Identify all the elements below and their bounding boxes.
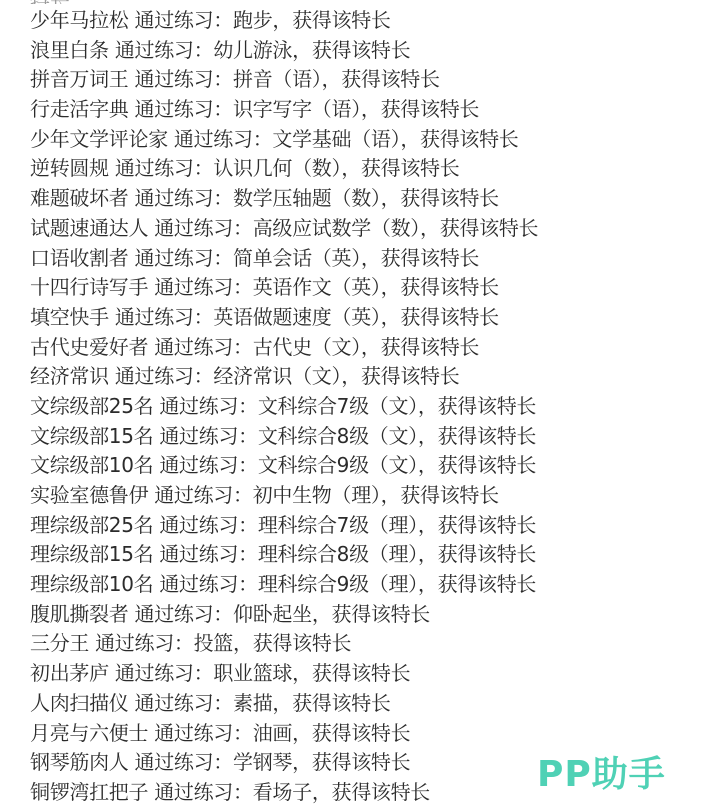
- list-item: 三分王通过练习：投篮，获得该特长: [30, 629, 538, 659]
- specialty-title: 人肉扫描仪: [30, 691, 129, 715]
- reward-suffix: ，获得该特长: [381, 275, 499, 299]
- practice-name: 理科综合7级（理）: [258, 513, 418, 537]
- reward-suffix: ，获得该特长: [272, 691, 390, 715]
- practice-name: 学钢琴: [233, 750, 292, 774]
- specialty-title: 填空快手: [30, 305, 109, 329]
- reward-suffix: ，获得该特长: [292, 38, 410, 62]
- list-item: 腹肌撕裂者通过练习：仰卧起坐，获得该特长: [30, 600, 538, 630]
- practice-prefix: 通过练习：: [154, 216, 253, 240]
- practice-name: 古代史（文）: [253, 335, 361, 359]
- specialty-list: 少年马拉松通过练习：跑步，获得该特长浪里白条通过练习：幼儿游泳，获得该特长拼音万…: [30, 6, 538, 808]
- reward-suffix: ，获得该特长: [312, 602, 430, 626]
- specialty-title: 文综级部25名: [30, 394, 153, 418]
- practice-name: 跑步: [233, 8, 272, 32]
- practice-prefix: 通过练习：: [135, 246, 234, 270]
- practice-prefix: 通过练习：: [115, 661, 214, 685]
- list-item: 行走活字典通过练习：识字写字（语），获得该特长: [30, 95, 538, 125]
- practice-name: 英语作文（英）: [253, 275, 381, 299]
- list-item: 少年文学评论家通过练习：文学基础（语），获得该特长: [30, 125, 538, 155]
- reward-suffix: ，获得该特长: [418, 542, 536, 566]
- specialty-title: 文综级部10名: [30, 453, 153, 477]
- reward-suffix: ，获得该特长: [400, 127, 518, 151]
- reward-suffix: ，获得该特长: [361, 97, 479, 121]
- practice-name: 素描: [233, 691, 272, 715]
- list-item: 钢琴筋肉人通过练习：学钢琴，获得该特长: [30, 748, 538, 778]
- practice-name: 文学基础（语）: [272, 127, 400, 151]
- pp-assistant-watermark: PP助手: [537, 746, 666, 797]
- specialty-title: 少年文学评论家: [30, 127, 168, 151]
- list-item: 口语收割者通过练习：简单会话（英），获得该特长: [30, 244, 538, 274]
- cutoff-previous-line: 特长: [30, 0, 90, 4]
- practice-name: 数学压轴题（数）: [233, 186, 381, 210]
- practice-prefix: 通过练习：: [135, 602, 234, 626]
- reward-suffix: ，获得该特长: [322, 67, 440, 91]
- specialty-title: 少年马拉松: [30, 8, 129, 32]
- specialty-title: 古代史爱好者: [30, 335, 148, 359]
- specialty-title: 月亮与六便士: [30, 721, 148, 745]
- practice-prefix: 通过练习：: [135, 186, 234, 210]
- reward-suffix: ，获得该特长: [418, 394, 536, 418]
- specialty-title: 三分王: [30, 631, 89, 655]
- list-item: 铜锣湾扛把子通过练习：看场子，获得该特长: [30, 778, 538, 808]
- reward-suffix: ，获得该特长: [381, 305, 499, 329]
- specialty-title: 经济常识: [30, 364, 109, 388]
- practice-name: 初中生物（理）: [253, 483, 381, 507]
- practice-name: 职业篮球: [213, 661, 292, 685]
- practice-name: 投篮: [194, 631, 233, 655]
- practice-name: 看场子: [253, 780, 312, 804]
- list-item: 经济常识通过练习：经济常识（文），获得该特长: [30, 362, 538, 392]
- reward-suffix: ，获得该特长: [420, 216, 538, 240]
- specialty-title: 实验室德鲁伊: [30, 483, 148, 507]
- practice-prefix: 通过练习：: [159, 424, 258, 448]
- list-item: 拼音万词王通过练习：拼音（语），获得该特长: [30, 65, 538, 95]
- practice-prefix: 通过练习：: [135, 8, 234, 32]
- reward-suffix: ，获得该特长: [272, 8, 390, 32]
- practice-prefix: 通过练习：: [154, 275, 253, 299]
- reward-suffix: ，获得该特长: [233, 631, 351, 655]
- list-item: 少年马拉松通过练习：跑步，获得该特长: [30, 6, 538, 36]
- practice-prefix: 通过练习：: [159, 542, 258, 566]
- list-item: 古代史爱好者通过练习：古代史（文），获得该特长: [30, 333, 538, 363]
- list-item: 理综级部25名通过练习：理科综合7级（理），获得该特长: [30, 511, 538, 541]
- specialty-title: 逆转圆规: [30, 156, 109, 180]
- list-item: 逆转圆规通过练习：认识几何（数），获得该特长: [30, 154, 538, 184]
- practice-prefix: 通过练习：: [174, 127, 273, 151]
- practice-prefix: 通过练习：: [159, 572, 258, 596]
- practice-prefix: 通过练习：: [115, 305, 214, 329]
- reward-suffix: ，获得该特长: [292, 661, 410, 685]
- reward-suffix: ，获得该特长: [361, 246, 479, 270]
- specialty-title: 行走活字典: [30, 97, 129, 121]
- specialty-title: 铜锣湾扛把子: [30, 780, 148, 804]
- practice-prefix: 通过练习：: [154, 721, 253, 745]
- list-item: 浪里白条通过练习：幼儿游泳，获得该特长: [30, 36, 538, 66]
- reward-suffix: ，获得该特长: [292, 750, 410, 774]
- reward-suffix: ，获得该特长: [361, 335, 479, 359]
- practice-prefix: 通过练习：: [159, 513, 258, 537]
- specialty-title: 浪里白条: [30, 38, 109, 62]
- practice-name: 油画: [253, 721, 292, 745]
- reward-suffix: ，获得该特长: [418, 453, 536, 477]
- reward-suffix: ，获得该特长: [418, 572, 536, 596]
- practice-prefix: 通过练习：: [115, 38, 214, 62]
- practice-prefix: 通过练习：: [154, 780, 253, 804]
- list-item: 理综级部15名通过练习：理科综合8级（理），获得该特长: [30, 540, 538, 570]
- specialty-title: 口语收割者: [30, 246, 129, 270]
- list-item: 文综级部10名通过练习：文科综合9级（文），获得该特长: [30, 451, 538, 481]
- list-item: 文综级部25名通过练习：文科综合7级（文），获得该特长: [30, 392, 538, 422]
- reward-suffix: ，获得该特长: [381, 186, 499, 210]
- reward-suffix: ，获得该特长: [341, 156, 459, 180]
- specialty-title: 试题速通达人: [30, 216, 148, 240]
- practice-prefix: 通过练习：: [154, 335, 253, 359]
- list-item: 试题速通达人通过练习：高级应试数学（数），获得该特长: [30, 214, 538, 244]
- specialty-title: 十四行诗写手: [30, 275, 148, 299]
- list-item: 月亮与六便士通过练习：油画，获得该特长: [30, 719, 538, 749]
- practice-name: 经济常识（文）: [213, 364, 341, 388]
- specialty-title: 初出茅庐: [30, 661, 109, 685]
- practice-name: 认识几何（数）: [213, 156, 341, 180]
- list-item: 难题破坏者通过练习：数学压轴题（数），获得该特长: [30, 184, 538, 214]
- practice-prefix: 通过练习：: [115, 156, 214, 180]
- list-item: 理综级部10名通过练习：理科综合9级（理），获得该特长: [30, 570, 538, 600]
- practice-name: 文科综合9级（文）: [258, 453, 418, 477]
- reward-suffix: ，获得该特长: [381, 483, 499, 507]
- practice-prefix: 通过练习：: [135, 97, 234, 121]
- practice-prefix: 通过练习：: [159, 394, 258, 418]
- practice-prefix: 通过练习：: [135, 750, 234, 774]
- specialty-title: 难题破坏者: [30, 186, 129, 210]
- practice-name: 英语做题速度（英）: [213, 305, 380, 329]
- list-item: 初出茅庐通过练习：职业篮球，获得该特长: [30, 659, 538, 689]
- practice-name: 理科综合8级（理）: [258, 542, 418, 566]
- practice-name: 高级应试数学（数）: [253, 216, 420, 240]
- specialty-title: 理综级部10名: [30, 572, 153, 596]
- reward-suffix: ，获得该特长: [418, 424, 536, 448]
- specialty-title: 理综级部15名: [30, 542, 153, 566]
- reward-suffix: ，获得该特长: [312, 780, 430, 804]
- practice-prefix: 通过练习：: [135, 67, 234, 91]
- list-item: 人肉扫描仪通过练习：素描，获得该特长: [30, 689, 538, 719]
- practice-name: 识字写字（语）: [233, 97, 361, 121]
- reward-suffix: ，获得该特长: [341, 364, 459, 388]
- specialty-title: 腹肌撕裂者: [30, 602, 129, 626]
- practice-name: 文科综合8级（文）: [258, 424, 418, 448]
- practice-prefix: 通过练习：: [159, 453, 258, 477]
- practice-name: 仰卧起坐: [233, 602, 312, 626]
- list-item: 文综级部15名通过练习：文科综合8级（文），获得该特长: [30, 422, 538, 452]
- practice-name: 文科综合7级（文）: [258, 394, 418, 418]
- practice-prefix: 通过练习：: [154, 483, 253, 507]
- practice-name: 理科综合9级（理）: [258, 572, 418, 596]
- reward-suffix: ，获得该特长: [292, 721, 410, 745]
- practice-prefix: 通过练习：: [115, 364, 214, 388]
- practice-name: 幼儿游泳: [213, 38, 292, 62]
- practice-name: 简单会话（英）: [233, 246, 361, 270]
- practice-name: 拼音（语）: [233, 67, 322, 91]
- specialty-title: 文综级部15名: [30, 424, 153, 448]
- specialty-title: 钢琴筋肉人: [30, 750, 129, 774]
- reward-suffix: ，获得该特长: [418, 513, 536, 537]
- practice-prefix: 通过练习：: [95, 631, 194, 655]
- specialty-title: 理综级部25名: [30, 513, 153, 537]
- list-item: 十四行诗写手通过练习：英语作文（英），获得该特长: [30, 273, 538, 303]
- practice-prefix: 通过练习：: [135, 691, 234, 715]
- list-item: 实验室德鲁伊通过练习：初中生物（理），获得该特长: [30, 481, 538, 511]
- specialty-title: 拼音万词王: [30, 67, 129, 91]
- list-item: 填空快手通过练习：英语做题速度（英），获得该特长: [30, 303, 538, 333]
